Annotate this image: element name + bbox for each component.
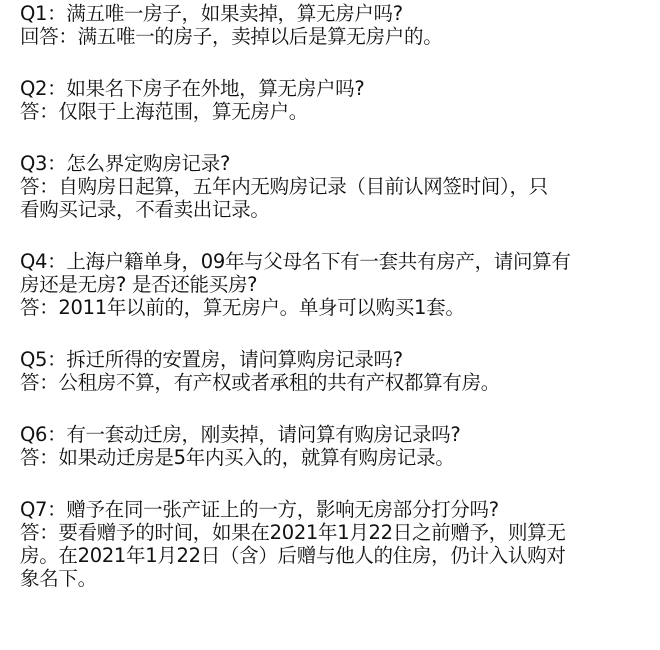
answer-text: 答：要看赠予的时间，如果在2021年1月22日之前赠予，则算无 [20,521,650,544]
question-text: Q3：怎么界定购房记录? [20,152,650,175]
spacer [20,48,650,77]
answer-text: 看购买记录，不看卖出记录。 [20,198,650,221]
faq-item-q7: Q7：赠予在同一张产证上的一方，影响无房部分打分吗? 答：要看赠予的时间，如果在… [20,498,650,590]
answer-text: 回答：满五唯一的房子，卖掉以后是算无房户的。 [20,25,650,48]
question-text: Q7：赠予在同一张产证上的一方，影响无房部分打分吗? [20,498,650,521]
answer-text: 答：自购房日起算，五年内无购房记录（目前认网签时间），只 [20,175,650,198]
question-text: Q5：拆迁所得的安置房，请问算购房记录吗? [20,348,650,371]
spacer [20,123,650,152]
faq-item-q4: Q4：上海户籍单身，09年与父母名下有一套共有房产，请问算有 房还是无房? 是否… [20,250,650,319]
faq-item-q6: Q6：有一套动迁房，刚卖掉，请问算有购房记录吗? 答：如果动迁房是5年内买入的，… [20,423,650,469]
question-text: Q2：如果名下房子在外地，算无房户吗? [20,77,650,100]
question-text: Q4：上海户籍单身，09年与父母名下有一套共有房产，请问算有 [20,250,650,273]
question-text: Q1：满五唯一房子，如果卖掉，算无房户吗? [20,2,650,25]
answer-text: 答：2011年以前的，算无房户。单身可以购买1套。 [20,296,650,319]
answer-text: 房。在2021年1月22日（含）后赠与他人的住房，仍计入认购对 [20,544,650,567]
answer-text: 答：公租房不算，有产权或者承租的共有产权都算有房。 [20,371,650,394]
faq-item-q5: Q5：拆迁所得的安置房，请问算购房记录吗? 答：公租房不算，有产权或者承租的共有… [20,348,650,394]
faq-item-q1: Q1：满五唯一房子，如果卖掉，算无房户吗? 回答：满五唯一的房子，卖掉以后是算无… [20,2,650,48]
answer-text: 象名下。 [20,567,650,590]
faq-item-q3: Q3：怎么界定购房记录? 答：自购房日起算，五年内无购房记录（目前认网签时间），… [20,152,650,221]
answer-text: 答：仅限于上海范围，算无房户。 [20,100,650,123]
spacer [20,394,650,423]
question-text: 房还是无房? 是否还能买房? [20,273,650,296]
question-text: Q6：有一套动迁房，刚卖掉，请问算有购房记录吗? [20,423,650,446]
faq-item-q2: Q2：如果名下房子在外地，算无房户吗? 答：仅限于上海范围，算无房户。 [20,77,650,123]
spacer [20,469,650,498]
spacer [20,221,650,250]
answer-text: 答：如果动迁房是5年内买入的，就算有购房记录。 [20,446,650,469]
faq-document: Q1：满五唯一房子，如果卖掉，算无房户吗? 回答：满五唯一的房子，卖掉以后是算无… [20,2,650,590]
spacer [20,319,650,348]
